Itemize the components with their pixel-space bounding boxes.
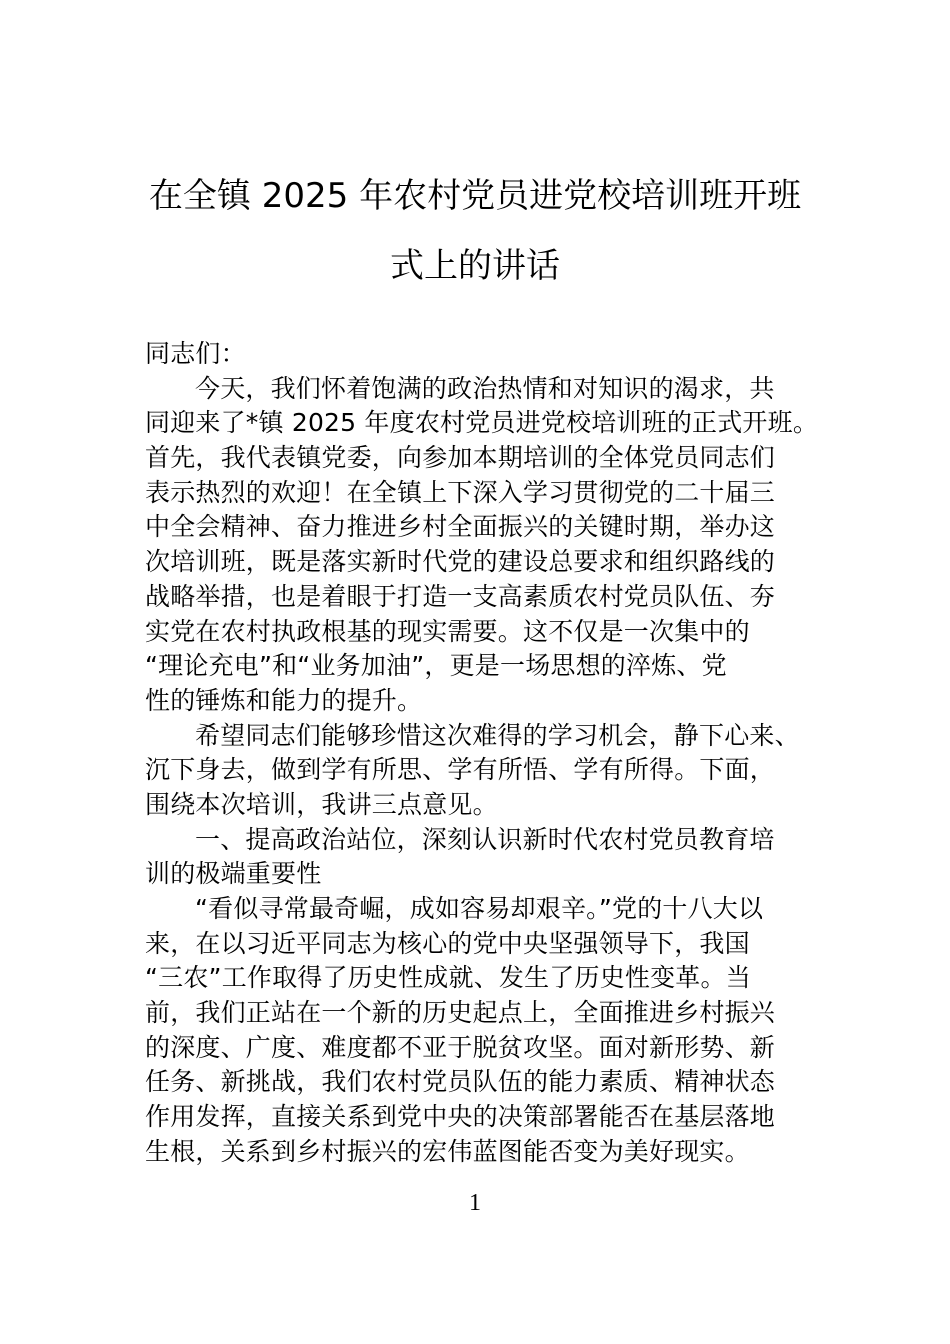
paragraph-line: 性的锤炼和能力的提升。 <box>145 684 815 719</box>
section-heading-line: 一、提高政治站位，深刻认识新时代农村党员教育培 <box>145 823 815 858</box>
paragraph-line: 生根，关系到乡村振兴的宏伟蓝图能否变为美好现实。 <box>145 1135 815 1170</box>
paragraph-line: 作用发挥，直接关系到党中央的决策部署能否在基层落地 <box>145 1100 815 1135</box>
paragraph-line: 前，我们正站在一个新的历史起点上，全面推进乡村振兴 <box>145 996 815 1031</box>
salutation: 同志们： <box>145 337 815 372</box>
paragraph-line: “理论充电”和“业务加油”，更是一场思想的淬炼、党 <box>145 649 815 684</box>
document-title-line-1: 在全镇 2025 年农村党员进党校培训班开班 <box>0 176 950 216</box>
paragraph-line: “三农”工作取得了历史性成就、发生了历史性变革。当 <box>145 961 815 996</box>
paragraph-line: 次培训班，既是落实新时代党的建设总要求和组织路线的 <box>145 545 815 580</box>
paragraph-line: 沉下身去，做到学有所思、学有所悟、学有所得。下面， <box>145 753 815 788</box>
paragraph-line: 任务、新挑战，我们农村党员队伍的能力素质、精神状态 <box>145 1065 815 1100</box>
paragraph-line: 今天，我们怀着饱满的政治热情和对知识的渴求，共 <box>145 372 815 407</box>
section-heading-line: 训的极端重要性 <box>145 857 815 892</box>
paragraph-line: 希望同志们能够珍惜这次难得的学习机会，静下心来、 <box>145 719 815 754</box>
paragraph-line: “看似寻常最奇崛，成如容易却艰辛。”党的十八大以 <box>145 892 815 927</box>
document-body: 同志们： 今天，我们怀着饱满的政治热情和对知识的渴求，共 同迎来了*镇 2025… <box>145 337 815 1170</box>
paragraph-line: 围绕本次培训，我讲三点意见。 <box>145 788 815 823</box>
paragraph-line: 的深度、广度、难度都不亚于脱贫攻坚。面对新形势、新 <box>145 1031 815 1066</box>
paragraph-line: 战略举措，也是着眼于打造一支高素质农村党员队伍、夯 <box>145 580 815 615</box>
paragraph-line: 同迎来了*镇 2025 年度农村党员进党校培训班的正式开班。 <box>145 406 815 441</box>
document-page: 在全镇 2025 年农村党员进党校培训班开班 式上的讲话 同志们： 今天，我们怀… <box>0 0 950 1344</box>
paragraph-line: 首先，我代表镇党委，向参加本期培训的全体党员同志们 <box>145 441 815 476</box>
page-number: 1 <box>0 1189 950 1217</box>
paragraph-line: 表示热烈的欢迎！在全镇上下深入学习贯彻党的二十届三 <box>145 476 815 511</box>
paragraph-line: 中全会精神、奋力推进乡村全面振兴的关键时期，举办这 <box>145 510 815 545</box>
paragraph-line: 来，在以习近平同志为核心的党中央坚强领导下，我国 <box>145 927 815 962</box>
paragraph-line: 实党在农村执政根基的现实需要。这不仅是一次集中的 <box>145 615 815 650</box>
document-title-line-2: 式上的讲话 <box>0 246 950 286</box>
